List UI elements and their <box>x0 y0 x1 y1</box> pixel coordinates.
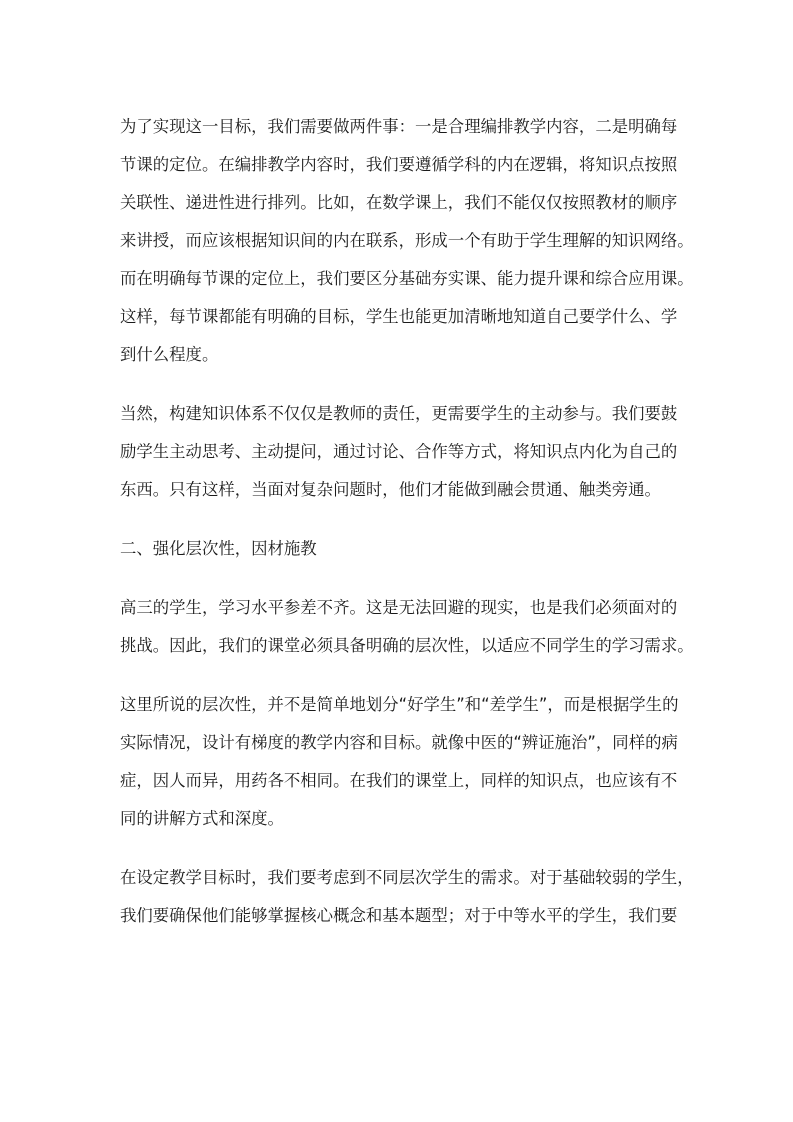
text-line: 当然，构建知识体系不仅仅是教师的责任，更需要学生的主动参与。我们要鼓 <box>120 395 690 433</box>
text-line: 到什么程度。 <box>120 336 690 374</box>
text-line: 挑战。因此，我们的课堂必须具备明确的层次性，以适应不同学生的学习需求。 <box>120 627 690 665</box>
text-line: 东西。只有这样，当面对复杂问题时，他们才能做到融会贯通、触类旁通。 <box>120 471 690 509</box>
text-line: 我们要确保他们能够掌握核心概念和基本题型；对于中等水平的学生，我们要 <box>120 897 690 935</box>
text-line: 在设定教学目标时，我们要考虑到不同层次学生的需求。对于基础较弱的学生， <box>120 859 690 897</box>
paragraph-student-participation: 当然，构建知识体系不仅仅是教师的责任，更需要学生的主动参与。我们要鼓 励学生主动… <box>120 395 690 509</box>
text-line: 这样，每节课都能有明确的目标，学生也能更加清晰地知道自己要学什么、学 <box>120 298 690 336</box>
text-line: 症，因人而异，用药各不相同。在我们的课堂上，同样的知识点，也应该有不 <box>120 762 690 800</box>
paragraph-knowledge-arrangement: 为了实现这一目标，我们需要做两件事：一是合理编排教学内容，二是明确每 节课的定位… <box>120 108 690 374</box>
text-line: 节课的定位。在编排教学内容时，我们要遵循学科的内在逻辑，将知识点按照 <box>120 146 690 184</box>
text-line: 来讲授，而应该根据知识间的内在联系，形成一个有助于学生理解的知识网络。 <box>120 222 690 260</box>
text-line: 关联性、递进性进行排列。比如，在数学课上，我们不能仅仅按照教材的顺序 <box>120 184 690 222</box>
text-line: 实际情况，设计有梯度的教学内容和目标。就像中医的“辨证施治”，同样的病 <box>120 724 690 762</box>
heading-text: 二、强化层次性，因材施教 <box>120 530 690 568</box>
paragraph-layering-meaning: 这里所说的层次性，并不是简单地划分“好学生”和“差学生”，而是根据学生的 实际情… <box>120 686 690 838</box>
text-line: 同的讲解方式和深度。 <box>120 800 690 838</box>
text-line: 这里所说的层次性，并不是简单地划分“好学生”和“差学生”，而是根据学生的 <box>120 686 690 724</box>
paragraph-student-levels: 高三的学生，学习水平参差不齐。这是无法回避的现实，也是我们必须面对的 挑战。因此… <box>120 589 690 665</box>
section-heading: 二、强化层次性，因材施教 <box>120 530 690 568</box>
text-line: 而在明确每节课的定位上，我们要区分基础夯实课、能力提升课和综合应用课。 <box>120 260 690 298</box>
text-line: 为了实现这一目标，我们需要做两件事：一是合理编排教学内容，二是明确每 <box>120 108 690 146</box>
text-line: 高三的学生，学习水平参差不齐。这是无法回避的现实，也是我们必须面对的 <box>120 589 690 627</box>
document-page: 为了实现这一目标，我们需要做两件事：一是合理编排教学内容，二是明确每 节课的定位… <box>120 108 690 956</box>
paragraph-teaching-goals: 在设定教学目标时，我们要考虑到不同层次学生的需求。对于基础较弱的学生， 我们要确… <box>120 859 690 935</box>
text-line: 励学生主动思考、主动提问，通过讨论、合作等方式，将知识点内化为自己的 <box>120 433 690 471</box>
